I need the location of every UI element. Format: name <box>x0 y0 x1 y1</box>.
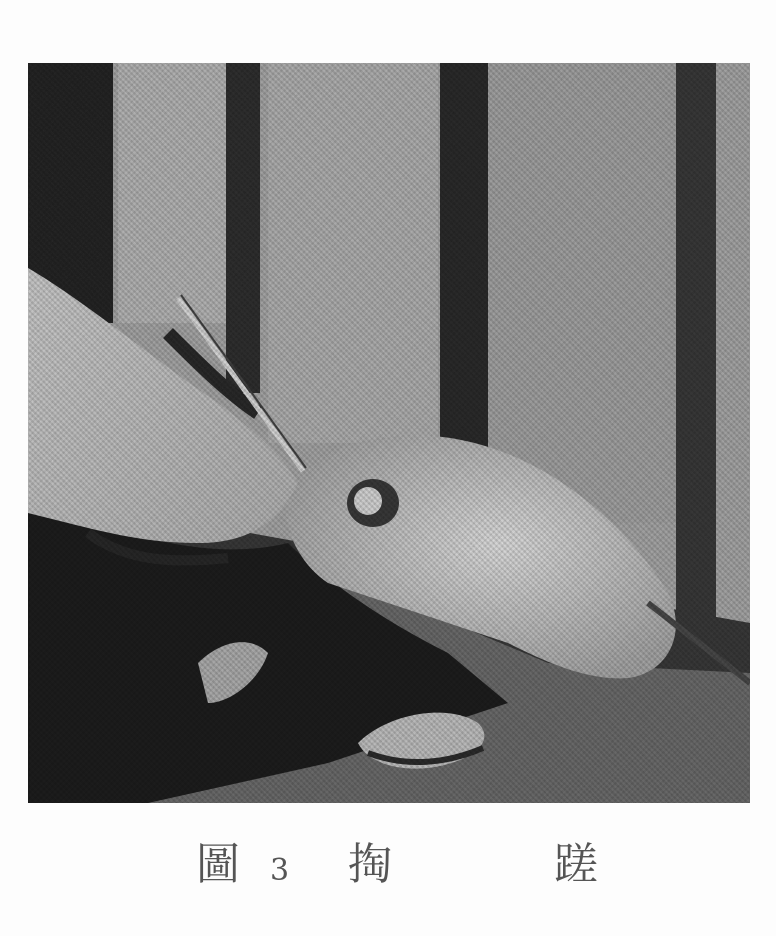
caption-figure-number: 3 <box>270 844 289 898</box>
dark-bar <box>226 63 260 393</box>
dark-bar <box>676 63 716 683</box>
dark-bar <box>440 63 488 453</box>
figure-photo <box>28 63 750 803</box>
caption-title-char-1: 掏 <box>348 838 392 892</box>
photo-scene <box>28 63 750 803</box>
caption-figure-label: 圖 <box>196 838 240 892</box>
figure-caption: 圖 3 掏 蹉 <box>0 838 776 892</box>
caption-title-char-2: 蹉 <box>554 838 598 892</box>
